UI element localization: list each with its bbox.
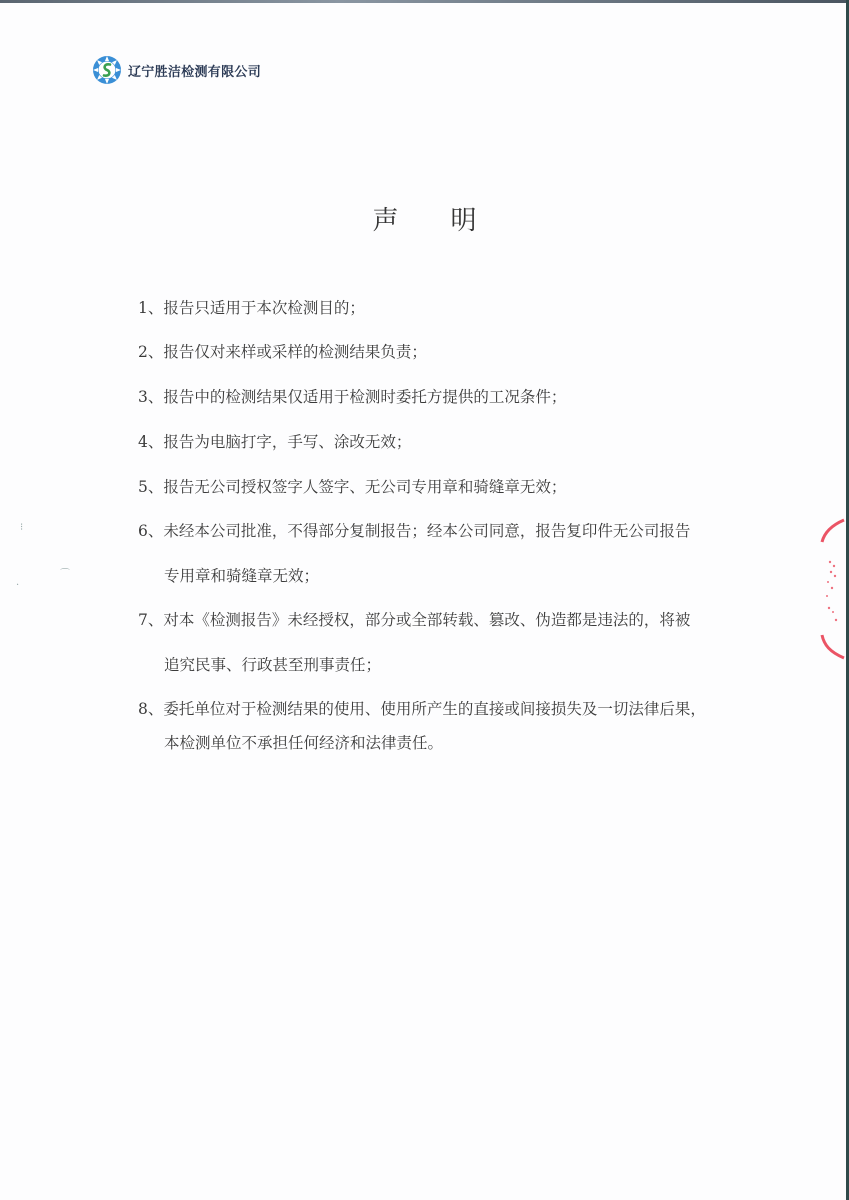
page-title: 声明 (0, 200, 849, 237)
clause-4: 4、报告为电脑打字，手写、涂改无效； (138, 431, 411, 453)
scan-artifact: ⁝ (20, 522, 23, 533)
company-name: 辽宁胜洁检测有限公司 (128, 61, 261, 80)
document-page: 辽宁胜洁检测有限公司 声明 1、报告只适用于本次检测目的； 2、报告仅对来样或采… (0, 0, 849, 1200)
clause-6-continuation: 专用章和骑缝章无效； (164, 565, 319, 587)
clause-5: 5、报告无公司授权签字人签字、无公司专用章和骑缝章无效； (138, 476, 566, 498)
letterhead: 辽宁胜洁检测有限公司 (92, 55, 261, 85)
clause-2: 2、报告仅对来样或采样的检测结果负责； (138, 341, 427, 363)
scan-artifact: · (16, 580, 19, 591)
clause-7-continuation: 追究民事、行政甚至刑事责任； (164, 654, 381, 676)
clause-1: 1、报告只适用于本次检测目的； (138, 297, 365, 319)
scan-artifact: ⌒ (60, 565, 70, 580)
title-char-1: 声 (372, 200, 398, 237)
clause-7: 7、对本《检测报告》未经授权，部分或全部转载、篡改、伪造都是违法的，将被 (138, 609, 690, 631)
title-char-2: 明 (451, 200, 477, 237)
clause-8: 8、委托单位对于检测结果的使用、使用所产生的直接或间接损失及一切法律后果， (138, 698, 706, 720)
clause-3: 3、报告中的检测结果仅适用于检测时委托方提供的工况条件； (138, 386, 566, 408)
scan-top-edge (0, 0, 849, 3)
seam-stamp-icon (816, 500, 846, 670)
clause-8-continuation: 本检测单位不承担任何经济和法律责任。 (164, 732, 443, 754)
clause-6: 6、未经本公司批准，不得部分复制报告；经本公司同意，报告复印件无公司报告 (138, 520, 690, 542)
company-logo-icon (92, 55, 122, 85)
